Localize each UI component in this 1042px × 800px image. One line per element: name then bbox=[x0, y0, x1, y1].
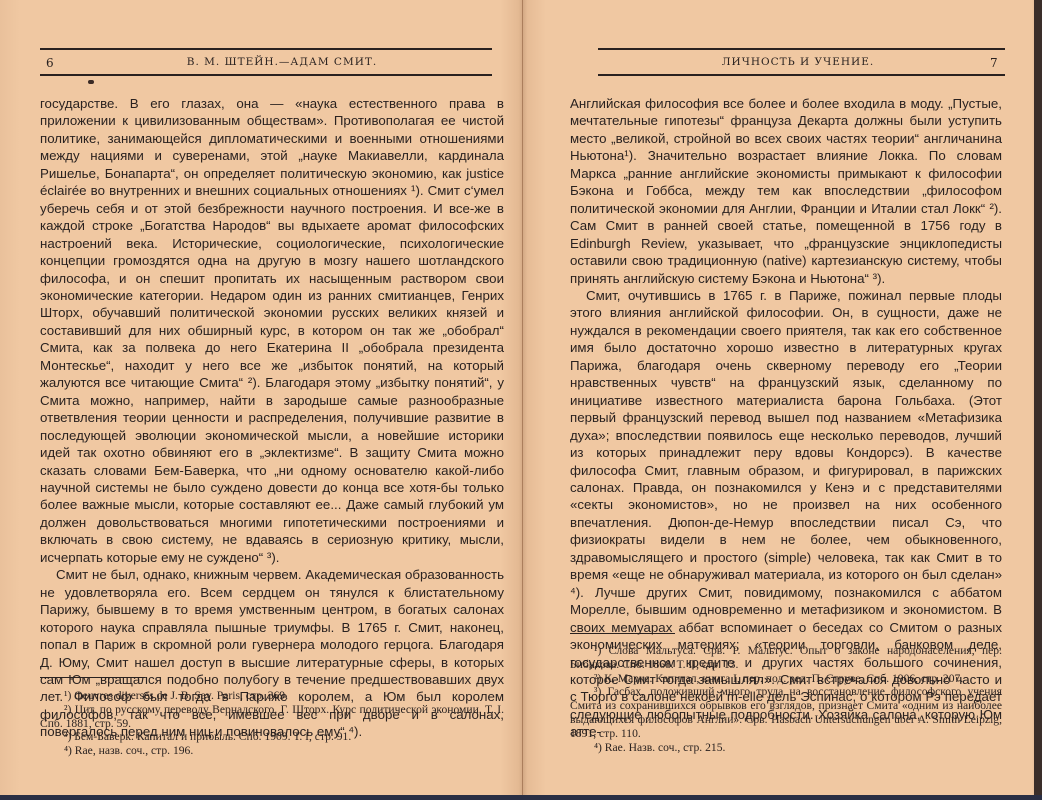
header-top-rule bbox=[598, 48, 1005, 50]
footnote: ¹) Слова Мальтуса. Срв. Р. Мальтус. Опыт… bbox=[570, 644, 1002, 672]
footnote: ⁴) Rae. Назв. соч., стр. 215. bbox=[570, 741, 1002, 755]
book-gutter bbox=[500, 0, 546, 795]
footnote: ⁴) Rae, назв. соч., стр. 196. bbox=[40, 744, 504, 758]
left-running-head: 6 В. М. ШТЕЙН.—АДАМ СМИТ. bbox=[40, 56, 504, 70]
footnote-rule bbox=[40, 677, 145, 678]
right-footnotes: ¹) Слова Мальтуса. Срв. Р. Мальтус. Опыт… bbox=[570, 644, 1002, 754]
footnote: ¹) Oeuvres diverses de J. B. Say. Paris,… bbox=[40, 689, 504, 703]
left-body-text: государстве. В его глазах, она — «наука … bbox=[40, 95, 504, 741]
header-bottom-rule bbox=[40, 74, 492, 76]
footnote-rule bbox=[570, 633, 675, 634]
left-running-title: В. М. ШТЕЙН.—АДАМ СМИТ. bbox=[60, 56, 504, 68]
right-running-head: ЛИЧНОСТЬ И УЧЕНИЕ. 7 bbox=[570, 56, 998, 70]
footnote: ³) Гасбах, положивший много труда на вос… bbox=[570, 685, 1002, 740]
binding-fold bbox=[522, 0, 523, 795]
header-bottom-rule bbox=[598, 74, 1005, 76]
footnote: ²) К. Маркс. Капитал, книга I, пер. под.… bbox=[570, 672, 1002, 686]
footnote: ²) Цит. по русскому переводу Вернадского… bbox=[40, 703, 504, 731]
ink-blot bbox=[88, 80, 94, 84]
right-page: ЛИЧНОСТЬ И УЧЕНИЕ. 7 Английская философи… bbox=[570, 0, 998, 795]
book-spread: 6 В. М. ШТЕЙН.—АДАМ СМИТ. государстве. В… bbox=[0, 0, 1042, 795]
left-page-number: 6 bbox=[46, 56, 54, 70]
left-footnotes: ¹) Oeuvres diverses de J. B. Say. Paris,… bbox=[40, 689, 504, 758]
paragraph: государстве. В его глазах, она — «наука … bbox=[40, 95, 504, 566]
header-top-rule bbox=[40, 48, 492, 50]
right-running-title: ЛИЧНОСТЬ И УЧЕНИЕ. bbox=[598, 56, 998, 68]
paragraph: Английская философия все более и более в… bbox=[570, 95, 1002, 287]
right-page-number: 7 bbox=[990, 56, 998, 70]
left-page: 6 В. М. ШТЕЙН.—АДАМ СМИТ. государстве. В… bbox=[40, 0, 504, 795]
footnote: ³) Бем-Баверк. Капитал и прибыль. Спб. 1… bbox=[40, 730, 504, 744]
book-edge bbox=[1034, 0, 1042, 795]
